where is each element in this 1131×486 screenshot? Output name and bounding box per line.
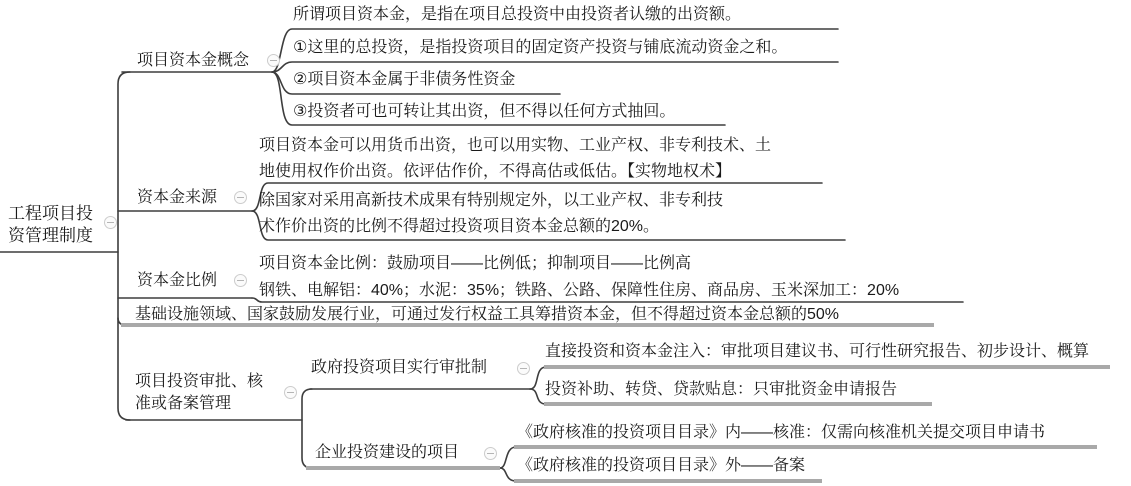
node-catalog-inside[interactable]: 《政府核准的投资项目目录》内——核准：仅需向核准机关提交项目申请书 bbox=[517, 422, 1045, 443]
node-ratio-detail[interactable]: 项目资本金比例：鼓励项目——比例低；抑制项目——比例高 钢铁、电解铝：40%；水… bbox=[259, 250, 899, 304]
node-enterprise-investment[interactable]: 企业投资建设的项目 bbox=[315, 442, 459, 463]
minus-glyph bbox=[270, 60, 277, 61]
node-infrastructure-rule[interactable]: 基础设施领域、国家鼓励发展行业，可通过发行权益工具筹措资本金，但不得超过资本金总… bbox=[135, 304, 839, 325]
minus-glyph bbox=[287, 392, 294, 393]
collapse-minus-icon[interactable] bbox=[517, 362, 530, 375]
node-source-detail-1[interactable]: 项目资本金可以用货币出资，也可以用实物、工业产权、非专利技术、土 地使用权作价出… bbox=[259, 133, 771, 185]
node-capital-concept[interactable]: 项目资本金概念 bbox=[137, 50, 249, 71]
minus-glyph bbox=[487, 453, 494, 454]
collapse-minus-icon[interactable] bbox=[234, 191, 247, 204]
mindmap-canvas: 工程项目投 资管理制度 项目资本金概念 所谓项目资本金，是指在项目总投资中由投资… bbox=[0, 0, 1131, 486]
node-catalog-outside[interactable]: 《政府核准的投资项目目录》外——备案 bbox=[517, 455, 805, 476]
node-concept-point-3[interactable]: ③投资者可也可转让其出资，但不得以任何方式抽回。 bbox=[293, 101, 675, 122]
collapse-minus-icon[interactable] bbox=[234, 274, 247, 287]
collapse-minus-icon[interactable] bbox=[267, 54, 280, 67]
node-source-detail-2[interactable]: 除国家对采用高新技术成果有特别规定外，以工业产权、非专利技 术作价出资的比例不得… bbox=[259, 188, 723, 240]
minus-glyph bbox=[237, 197, 244, 198]
node-capital-ratio[interactable]: 资本金比例 bbox=[137, 270, 217, 291]
collapse-minus-icon[interactable] bbox=[284, 386, 297, 399]
node-investment-subsidy[interactable]: 投资补助、转贷、贷款贴息：只审批资金申请报告 bbox=[545, 379, 897, 400]
node-direct-investment[interactable]: 直接投资和资本金注入：审批项目建议书、可行性研究报告、初步设计、概算 bbox=[545, 341, 1089, 362]
node-approval-management[interactable]: 项目投资审批、核 准或备案管理 bbox=[135, 371, 263, 415]
node-concept-point-1[interactable]: ①这里的总投资，是指投资项目的固定资产投资与铺底流动资金之和。 bbox=[293, 37, 787, 58]
node-government-approval[interactable]: 政府投资项目实行审批制 bbox=[311, 357, 487, 378]
minus-glyph bbox=[107, 222, 114, 223]
node-concept-point-2[interactable]: ②项目资本金属于非债务性资金 bbox=[293, 69, 515, 90]
node-root[interactable]: 工程项目投 资管理制度 bbox=[8, 203, 93, 247]
node-capital-source[interactable]: 资本金来源 bbox=[137, 187, 217, 208]
collapse-minus-icon[interactable] bbox=[104, 216, 117, 229]
minus-glyph bbox=[520, 368, 527, 369]
node-concept-definition[interactable]: 所谓项目资本金，是指在项目总投资中由投资者认缴的出资额。 bbox=[293, 4, 741, 25]
minus-glyph bbox=[237, 280, 244, 281]
collapse-minus-icon[interactable] bbox=[484, 447, 497, 460]
